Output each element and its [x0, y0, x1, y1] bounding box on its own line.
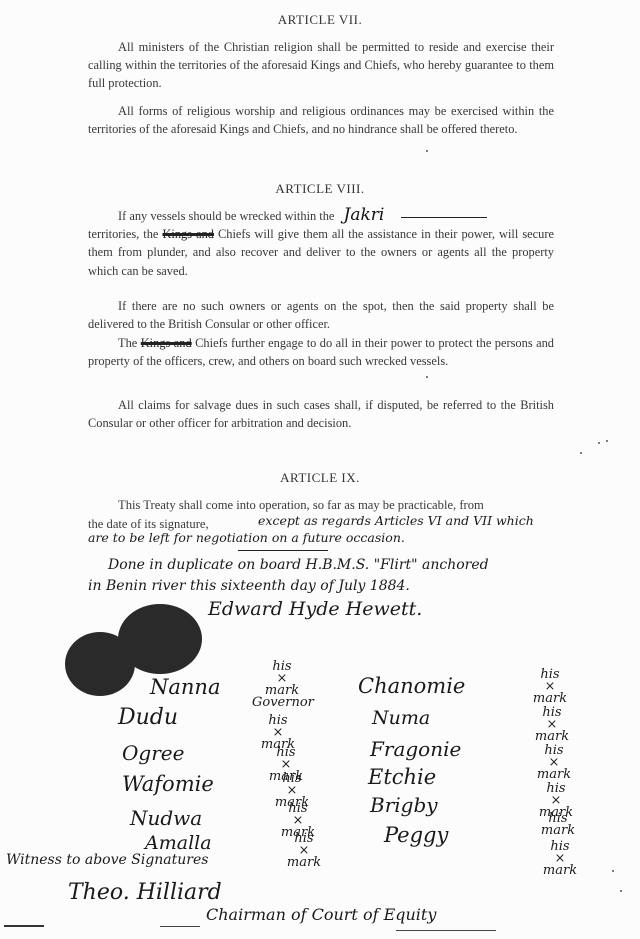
- paragraph-text: All claims for salvage dues in such case…: [88, 398, 554, 430]
- handwritten-insert-jakri: Jakri: [344, 205, 385, 225]
- article-ix-handwritten-line-2: except as regards Articles VI and VII wh…: [258, 513, 534, 528]
- article-viii-heading: ARTICLE VIII.: [0, 181, 640, 197]
- scan-artifact: [160, 926, 200, 927]
- paragraph-text: All forms of religious worship and relig…: [88, 104, 554, 136]
- article-ix-heading: ARTICLE IX.: [0, 470, 640, 486]
- paragraph-text: If there are no such owners or agents on…: [88, 299, 554, 331]
- signatory-name: Wafomie: [122, 772, 214, 796]
- mark-word: mark: [530, 864, 590, 876]
- signatory-name: Numa: [372, 707, 430, 729]
- witness-label: Witness to above Signatures: [6, 852, 208, 868]
- scan-artifact: [4, 925, 44, 927]
- witness-title: Chairman of Court of Equity: [206, 905, 436, 924]
- scan-speck: [612, 870, 614, 872]
- paragraph-text: Chiefs will give them all the assistance…: [88, 227, 554, 277]
- his-mark: his mark: [528, 812, 588, 836]
- article-ix-handwritten-line-3: are to be left for negotiation on a futu…: [88, 530, 405, 545]
- witness-signature: Theo. Hilliard: [68, 880, 222, 905]
- struck-through-text: Kings and: [141, 336, 192, 350]
- done-clause-line-1: Done in duplicate on board H.B.M.S. "Fli…: [108, 557, 489, 573]
- mark-word: mark: [274, 856, 334, 868]
- article-vii-paragraph-2: All forms of religious worship and relig…: [88, 102, 554, 138]
- paragraph-text: All ministers of the Christian religion …: [88, 40, 554, 90]
- article-viii-paragraph-3: The Kings and Chiefs further engage to d…: [88, 334, 554, 370]
- mark-word: mark: [520, 692, 580, 704]
- paragraph-text: territories, the: [88, 227, 158, 241]
- article-viii-paragraph-2: If there are no such owners or agents on…: [88, 297, 554, 333]
- wax-seal-right: [118, 604, 202, 674]
- mark-word: mark: [528, 824, 588, 836]
- signatory-name: Peggy: [384, 823, 448, 847]
- treaty-page: ARTICLE VII. All ministers of the Christ…: [0, 0, 640, 939]
- mark-title: Governor: [252, 696, 312, 708]
- article-ix-line-1: This Treaty shall come into operation, s…: [118, 496, 484, 514]
- his-mark: his × mark: [524, 744, 584, 780]
- article-viii-paragraph-4: All claims for salvage dues in such case…: [88, 396, 554, 432]
- article-viii-paragraph-1: If any vessels should be wrecked within …: [88, 206, 554, 280]
- consul-signature: Edward Hyde Hewett.: [208, 598, 422, 620]
- struck-through-text: Kings and: [162, 227, 214, 241]
- his-mark: his × mark: [522, 706, 582, 742]
- signatory-name: Amalla: [145, 832, 212, 854]
- mark-word: mark: [522, 730, 582, 742]
- done-clause-line-2: in Benin river this sixteenth day of Jul…: [88, 578, 410, 594]
- scan-speck: [620, 890, 622, 892]
- signatory-name: Nanna: [150, 675, 220, 699]
- signatory-name: Fragonie: [370, 737, 461, 761]
- underline: [238, 550, 328, 551]
- scan-speck: [606, 440, 608, 442]
- underline: [396, 930, 496, 931]
- article-vii-paragraph-1: All ministers of the Christian religion …: [88, 38, 554, 93]
- signatory-name: Nudwa: [130, 806, 202, 830]
- his-mark: his × mark: [520, 668, 580, 704]
- his-mark: his × mark: [530, 840, 590, 876]
- signatory-name: Dudu: [118, 705, 178, 730]
- signatory-name: Ogree: [122, 741, 184, 765]
- signatory-name: Brigby: [370, 793, 438, 817]
- article-vii-heading: ARTICLE VII.: [0, 12, 640, 28]
- his-mark: his × mark Governor: [252, 660, 312, 708]
- scan-speck: [426, 150, 428, 152]
- scan-speck: [580, 452, 582, 454]
- scan-speck: [598, 442, 600, 444]
- mark-word: mark: [524, 768, 584, 780]
- paragraph-text: The: [118, 336, 137, 350]
- signatory-name: Etchie: [368, 765, 436, 789]
- paragraph-text: If any vessels should be wrecked within …: [118, 209, 334, 223]
- his-mark: his × mark: [274, 832, 334, 868]
- scan-speck: [426, 376, 428, 378]
- signatory-name: Chanomie: [358, 674, 465, 698]
- blank-rule: [401, 217, 487, 218]
